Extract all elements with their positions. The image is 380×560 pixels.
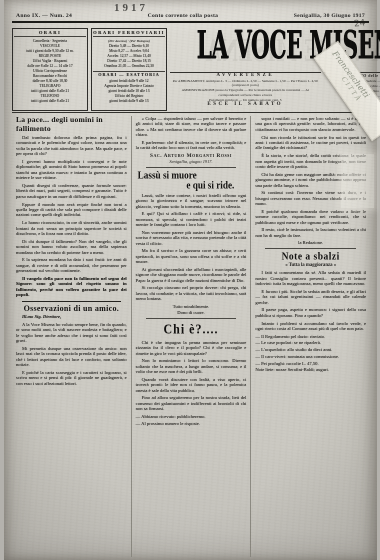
letter-salutation: Ill.mo Sig. Direttore,: [16, 314, 127, 319]
article-signature: Sac. Arturo Morganti Rossi Senigallia, g…: [136, 153, 247, 164]
orari-line: VESCOVILE: [14, 44, 86, 48]
orari-line: tutti i giorni dalle 8 alle 21: [14, 99, 86, 103]
headline-note-a-sbalzi: Note a sbalzi: [255, 251, 366, 263]
note-line: — Al prossimo numero le risposte.: [136, 421, 247, 426]
bold-paragraph: Il vangelo della pace non fa fallimento …: [16, 276, 127, 298]
article-note-body: I fatti si commentano da sé. Alla seduta…: [255, 270, 366, 331]
orari-line: Raccomandate e Pacchi: [14, 74, 86, 78]
note-line: — Il caro-viveri: nominata una commissio…: [255, 354, 366, 359]
body-paragraph: Quanti disegni di conferenze, quante for…: [16, 183, 127, 199]
divider-rule: [146, 318, 237, 319]
note-line: — Abbiamo ricevuto: pubblicheremo.: [136, 414, 247, 419]
article-signoff: la Redazione.: [255, 240, 366, 245]
body-paragraph: Ma fra il sorriso e la gazzarra corre un…: [136, 248, 247, 264]
paper-damage-patch: [341, 154, 374, 208]
note-line: — Il Regolamento pel dazio: rinviato.: [255, 334, 366, 339]
divider-rule: [22, 301, 121, 302]
orari-line: tutti i giorni dalle 9,30 alle 12 m.: [14, 49, 86, 53]
body-paragraph: Il paese paga, aspetta e mormora: i sign…: [255, 307, 366, 318]
newspaper-scan: 1917 24 Da Gentili Anno IX. — Num. 24 Co…: [0, 0, 380, 560]
orari-line: Cancelleria · Segreteria: [14, 39, 86, 43]
esattoria-line: Agenzia Imposte Dirette e Catasto: [93, 84, 165, 88]
body-paragraph: I fatti si commentano da sé. Alla seduta…: [255, 270, 366, 286]
article-continuation: « Colpa — risponderà taluno — per salvar…: [136, 116, 247, 151]
note-line: — L'acquedotto: allo studio da dieci ann…: [255, 347, 366, 352]
publication-day: ESCE IL SABATO: [172, 103, 319, 107]
body-paragraph: Lassù, sulle cime contese, i nostri frat…: [136, 193, 247, 209]
orari-line: dalle ore 8,30 alle 18,30: [14, 79, 86, 83]
headline-chi-e: Chi è?....: [136, 322, 247, 339]
esattoria-line: Ufficio del Registro: [93, 94, 165, 98]
article-columns: La pace... degli uomini in fallimento Da…: [12, 116, 370, 557]
esattoria-line: giorni feriali dalle 9 alle 13: [93, 99, 165, 103]
orari-line: TELEGRAFO: [14, 84, 86, 88]
body-paragraph: Dal trambusto doloroso della prima pagin…: [16, 135, 127, 157]
avvertenze-lines: Per ABBONAMENTI: Anticipato L. 3 — Ordin…: [172, 79, 319, 102]
avvertenze-line: Per ABBONAMENTI: Anticipato L. 3 — Ordin…: [172, 79, 319, 87]
body-paragraph: E poiché la carta scarseggia e i caratte…: [16, 370, 127, 386]
note-line: — Le case popolari: se ne riparlerà.: [255, 340, 366, 345]
headline-la-pace: La pace... degli uomini in fallimento: [16, 116, 127, 133]
orari-line: Uffici Vaglia · Risparmi: [14, 59, 86, 63]
body-paragraph: E poiché qualcuno domanda dove vadano a …: [255, 209, 366, 225]
article-lassu-body: Lassù, sulle cime contese, i nostri frat…: [136, 193, 247, 302]
avvertenze-header: AVVERTENZE: [172, 74, 319, 78]
subheadline: « Tutta la maggioranza »: [255, 263, 366, 268]
orari-line: dalle ore 8 alle 12 — 14 alle 17: [14, 64, 86, 68]
railway-lines: Diretto 5,48 — Diretto 6,10Misto 8,27 — …: [93, 44, 165, 68]
orari-box-header: ORARI: [14, 31, 86, 37]
esattoria-header: ORARI — ESATTORIA: [93, 71, 165, 78]
column-2: « Colpa — risponderà taluno — per salvar…: [131, 116, 251, 557]
postal-note: Conto corrente colla posta: [148, 13, 219, 19]
railway-header: ORARI FERROVIARII: [93, 31, 165, 37]
orari-box-lines: Cancelleria · SegreteriaVESCOVILEtutti i…: [14, 39, 86, 103]
short-notes: — Abbiamo ricevuto: pubblicheremo.— Al p…: [136, 414, 247, 426]
centered-line: Dono di cuore.: [136, 310, 247, 315]
dateline-row: Anno IX. — Num. 24 Conto corrente colla …: [12, 13, 369, 23]
orari-line: tutti i giorni dalle 8 alle 21: [14, 89, 86, 93]
body-paragraph: Mi permetta dunque una osservazione da a…: [16, 346, 127, 368]
body-paragraph: E qui? Qui si affollano i caffè e i ritr…: [136, 211, 247, 227]
railway-line: Omnibus 21,05 — Omnibus 22,30: [93, 64, 165, 68]
article-osservazioni-body: A la Voce Misena ho voluto sempre bene, …: [16, 322, 127, 386]
headline-lassu-si-muore: Lassù si muore e qui si ride.: [136, 170, 247, 190]
column-1: La pace... degli uomini in fallimento Da…: [12, 116, 131, 557]
body-paragraph: Intanto i problemi si accumulano sul tav…: [255, 321, 366, 332]
railway-subheader: (Per Ancona) · (Per Bologna): [93, 39, 165, 43]
body-paragraph: Chi non ricorda le istituzioni sorte fra…: [255, 135, 366, 151]
body-paragraph: E parleremo: ché il silenzio, in certe o…: [136, 140, 247, 151]
short-notes-2: — Il Regolamento pel dazio: rinviato.— L…: [255, 334, 366, 373]
margin-handwriting: Da Gentili: [0, 34, 1, 74]
esattoria-line: giorni feriali dalle 10 alle 13: [93, 89, 165, 93]
body-paragraph: sopra i mutilati — e non per loro soltan…: [255, 116, 366, 132]
paper-sheet: 1917 24 Da Gentili Anno IX. — Num. 24 Co…: [4, 0, 377, 560]
body-paragraph: Quando vorrà discutere con lealtà, a vis…: [136, 377, 247, 393]
body-paragraph: Si raccolga ciascuno nel proprio dovere:…: [136, 285, 247, 301]
orari-line: Ufficio Corrispondenze: [14, 69, 86, 73]
orari-line: TELEFONO: [14, 94, 86, 98]
esattoria-line: giorni feriali dalle 9 alle 12: [93, 79, 165, 83]
note-line: — Pei profughi: raccolte L. 47,50.: [255, 361, 366, 366]
masthead: ORARI Cancelleria · SegreteriaVESCOVILEt…: [12, 28, 370, 113]
note-line: Note liete: nozze Serafini-Baldi; auguri…: [255, 367, 366, 372]
body-paragraph: Chi è che impugna la penna anonima per s…: [136, 340, 247, 356]
body-paragraph: Non vorremmo parere più austeri del biso…: [136, 230, 247, 246]
issue-number: Anno IX. — Num. 24: [16, 13, 72, 19]
railway-timetable-box: ORARI FERROVIARII (Per Ancona) · (Per Bo…: [91, 28, 167, 111]
headline-line-2: e qui si ride.: [136, 179, 247, 191]
divider-rule: [146, 167, 237, 168]
avvertenze-box: AVVERTENZE Per ABBONAMENTI: Anticipato L…: [170, 72, 321, 111]
body-paragraph: E la sapienza mondana ha dato i suoi fru…: [16, 257, 127, 273]
body-paragraph: Non lo nominiamo: i lettori lo conoscono…: [136, 358, 247, 374]
orari-box: ORARI Cancelleria · SegreteriaVESCOVILEt…: [12, 28, 88, 111]
place-date: Senigallia, 30 Giugno 1917: [294, 13, 365, 19]
body-paragraph: E furono i più. Sicché la seduta andò de…: [255, 289, 366, 305]
body-paragraph: Lo hanno riconosciuto, in ore di sinceri…: [16, 220, 127, 236]
body-paragraph: A la Voce Misena ho voluto sempre bene, …: [16, 322, 127, 344]
divider-rule: [265, 248, 356, 249]
body-paragraph: Fino ad allora seguiteremo per la nostra…: [136, 395, 247, 411]
body-paragraph: « Colpa — risponderà taluno — per salvar…: [136, 116, 247, 138]
centered-line: Tutto mirabilmente.: [136, 304, 247, 309]
signature-dateline: Senigallia, giugno 1917.: [136, 159, 247, 164]
headline-osservazioni: Osservazioni di un amico.: [16, 304, 127, 313]
esattoria-lines: giorni feriali dalle 9 alle 12Agenzia Im…: [93, 79, 165, 103]
body-paragraph: Di chi dunque il fallimento? Non del van…: [16, 239, 127, 255]
orari-line: REGIE POSTE: [14, 54, 86, 58]
body-paragraph: Eppure il mondo non avrà requie finché n…: [16, 202, 127, 218]
article-chi-e-body: Chi è che impugna la penna anonima per s…: [136, 340, 247, 412]
body-paragraph: Il resto, cioè le insinuazioni, lo lasci…: [255, 227, 366, 238]
avvertenze-line: AMMINISTRAZIONE presso la Tipografia — P…: [172, 88, 319, 96]
body-paragraph: Ai giovani sfaccendati che affollano i m…: [136, 267, 247, 283]
body-paragraph: I governi hanno moltiplicato i convegni …: [16, 159, 127, 181]
article-la-pace-body: Dal trambusto doloroso della prima pagin…: [16, 135, 127, 274]
